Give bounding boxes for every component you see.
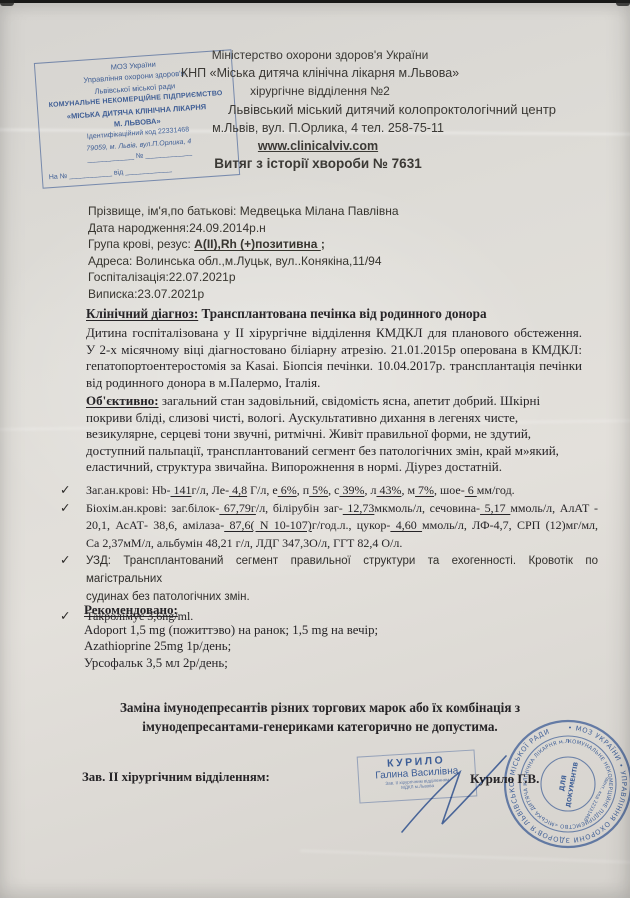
checkmark-icon: ✓ [60, 608, 86, 626]
finding-ultrasound: ✓ УЗД: Трансплантований сегмент правильн… [60, 552, 612, 606]
checkmark-icon: ✓ [60, 500, 86, 518]
header-hospital-line: КНП «Міська дитяча клінічна лікарня м.Ль… [25, 66, 615, 80]
recommendations-heading: Рекомендовано: [84, 602, 504, 618]
scan-corner-artifact-right [616, 0, 630, 6]
objective-status-paragraph: Об'єктивно: загальний стан задовільний, … [86, 393, 586, 476]
finding-cbc: ✓ Заг.ан.крові: Hb- 141г/л, Ле- 4,8 Г/л,… [60, 482, 612, 500]
scan-corner-artifact-left [0, 0, 14, 6]
seal-center-text-line2: ДОКУМЕНТІВ [565, 761, 580, 808]
patient-info-block: Прізвище, ім'я,по батькові: Медвецька Мі… [88, 203, 593, 303]
header-ministry-line: Міністерство охорони здоров'я України [25, 48, 615, 62]
paper-crease [300, 850, 630, 865]
handwritten-signature [398, 746, 553, 838]
scan-top-edge [0, 0, 630, 3]
finding-biochemistry: ✓ Біохім.ан.крові: заг.білок- 67,79г/л, … [60, 500, 612, 553]
finding-ultrasound-text: УЗД: Трансплантований сегмент правильної… [86, 552, 598, 606]
recommendations-section: Рекомендовано: Adoport 1,5 mg (пожиттэво… [84, 602, 504, 671]
anamnesis-paragraph: Дитина госпіталізована у ІІ хірургічне в… [86, 325, 582, 391]
header-center-line: Львівський міський дитячий колопроктолог… [157, 102, 627, 117]
header-address-phone-line: м.Львів, вул. П.Орлика, 4 тел. 258-75-11 [33, 121, 623, 135]
finding-cbc-text: Заг.ан.крові: Hb- 141г/л, Ле- 4,8 Г/л, е… [86, 482, 598, 500]
clinical-diagnosis-heading: Клінічний діагноз: Трансплантована печін… [86, 306, 582, 322]
clinical-diagnosis-section: Клінічний діагноз: Трансплантована печін… [86, 306, 582, 391]
seal-center-text-line1: ДЛЯ [558, 774, 569, 791]
checkmark-icon: ✓ [60, 482, 86, 500]
signature-role-label: Зав. ІІ хірургічним відділенням: [82, 770, 270, 785]
checkmark-icon: ✓ [60, 552, 86, 570]
recommendations-list: Adoport 1,5 mg (пожиттэво) на ранок; 1,5… [84, 622, 504, 671]
document-title: Витяг з історії хвороби № 7631 [23, 156, 613, 171]
signature-stroke [402, 756, 506, 832]
immunosuppressant-warning: Заміна імунодепресантів різних торгових … [75, 699, 565, 736]
header-department-line: хірургічне відділення №2 [25, 84, 615, 98]
header-website-text: www.clinicalviv.com [23, 139, 613, 153]
finding-biochemistry-text: Біохім.ан.крові: заг.білок- 67,79г/л, бі… [86, 500, 598, 553]
scanned-medical-extract-document: МОЗ України Управління охорони здоров'я … [0, 0, 630, 898]
